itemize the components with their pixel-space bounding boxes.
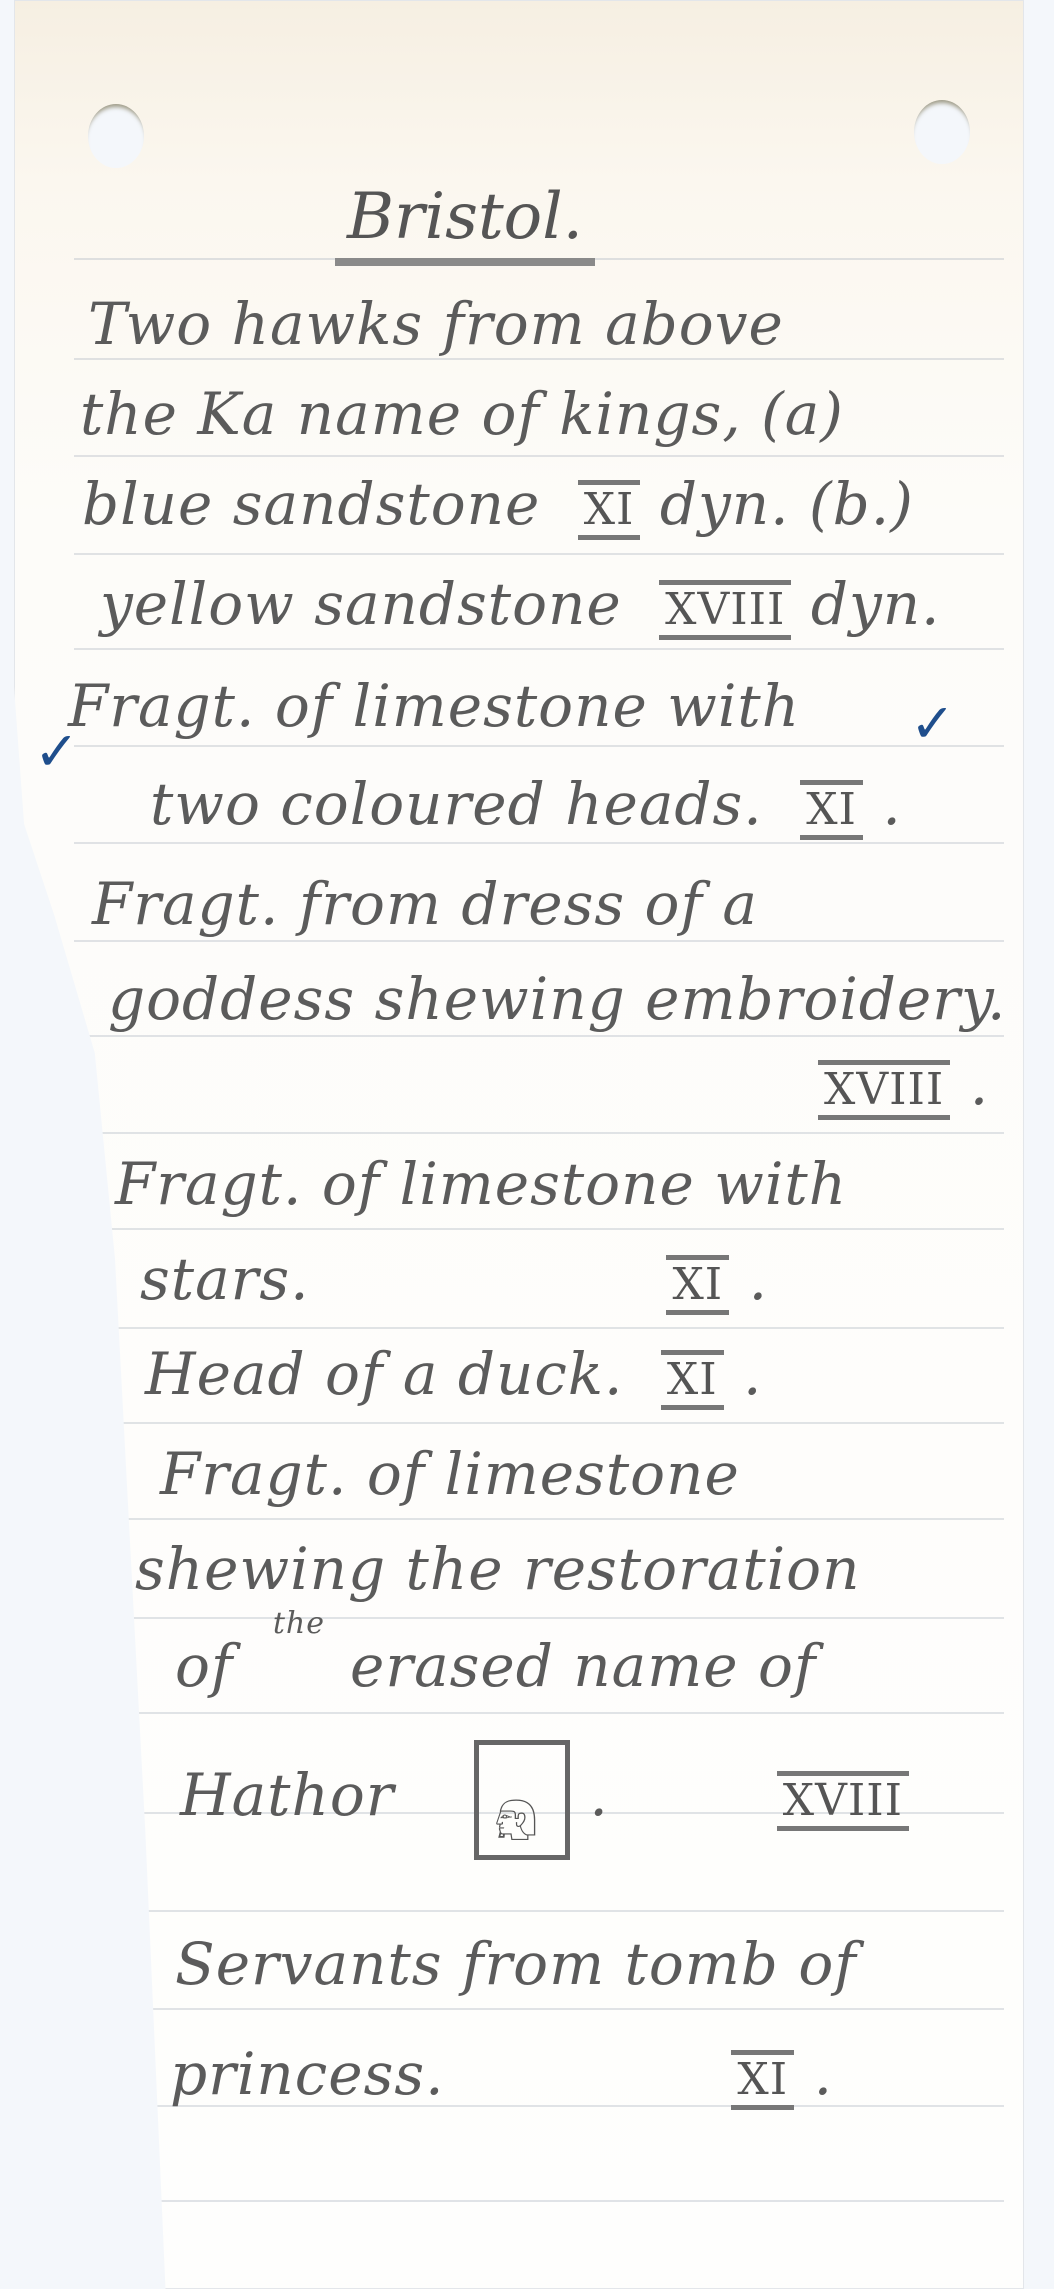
line-text: Hathor xyxy=(180,1761,394,1829)
text-line: the Ka name of kings, (a) xyxy=(80,380,844,448)
line-text: erased name of xyxy=(350,1632,816,1700)
text-line: two coloured heads. XI . xyxy=(150,770,902,840)
ruled-line xyxy=(74,1617,1004,1619)
line-suffix: . xyxy=(743,1340,762,1408)
ruled-line xyxy=(74,455,1004,457)
text-line: yellow sandstone XVIII dyn. xyxy=(100,570,941,640)
inserted-word: the xyxy=(253,1632,331,1700)
punch-hole-right xyxy=(914,100,970,164)
line-text: Fragt. of limestone xyxy=(160,1440,740,1508)
line-text: Two hawks from above xyxy=(88,290,784,358)
ruled-line xyxy=(74,2008,1004,2010)
line-text: Fragt. from dress of a xyxy=(92,870,758,938)
text-line: goddess shewing embroidery. xyxy=(108,965,1006,1033)
ruled-line xyxy=(74,1422,1004,1424)
check-mark-icon: ✓ xyxy=(910,692,955,755)
text-line: Head of a duck. XI . xyxy=(145,1340,762,1410)
ruled-line xyxy=(74,1712,1004,1714)
dynasty-numeral: XVIII xyxy=(777,1771,909,1831)
dynasty-numeral: XI xyxy=(666,1255,729,1315)
line-text: shewing the restoration xyxy=(135,1535,860,1603)
dynasty-numeral: XI xyxy=(800,780,863,840)
text-line: Fragt. from dress of a xyxy=(92,870,758,938)
text-line: XVIII . xyxy=(800,1050,989,1120)
line-suffix: . xyxy=(749,1245,768,1313)
ruled-line xyxy=(74,1910,1004,1912)
ruled-line xyxy=(74,842,1004,844)
text-line: Hathor 𓁶 . XVIII xyxy=(180,1740,909,1860)
line-suffix: . xyxy=(814,2040,833,2108)
text-line: princess. XI . xyxy=(170,2040,833,2110)
dynasty-numeral: XI xyxy=(661,1350,724,1410)
page-title: Bristol. xyxy=(335,180,595,266)
line-text: stars. xyxy=(140,1245,310,1313)
line-text: Head of a duck. xyxy=(145,1340,623,1408)
dynasty-numeral: XI xyxy=(578,480,641,540)
line-text: princess. xyxy=(170,2040,445,2108)
line-text: yellow sandstone xyxy=(100,570,622,638)
text-line: Fragt. of limestone xyxy=(160,1440,740,1508)
text-line: shewing the restoration xyxy=(135,1535,860,1603)
hieroglyph-icon: 𓁶 xyxy=(493,1753,540,1862)
text-line: Servants from tomb of xyxy=(175,1930,857,1998)
ruled-line xyxy=(74,1035,1004,1037)
ruled-line xyxy=(74,940,1004,942)
ruled-line xyxy=(74,1518,1004,1520)
ruled-line xyxy=(74,1132,1004,1134)
text-line: blue sandstone XI dyn. (b.) xyxy=(82,470,914,540)
dynasty-numeral: XVIII xyxy=(659,580,791,640)
dynasty-numeral: XVIII xyxy=(818,1060,950,1120)
insertion-text: the xyxy=(273,1606,325,1641)
ruled-line xyxy=(74,745,1004,747)
line-suffix: . xyxy=(970,1050,989,1118)
ruled-line xyxy=(74,1327,1004,1329)
text-line: of the erased name of xyxy=(175,1632,816,1700)
line-text: Servants from tomb of xyxy=(175,1930,857,1998)
ruled-line xyxy=(74,358,1004,360)
line-text: two coloured heads. xyxy=(150,770,763,838)
text-line: stars. XI . xyxy=(140,1245,768,1315)
line-text: blue sandstone xyxy=(82,470,540,538)
hieroglyph-box-icon: 𓁶 xyxy=(474,1740,570,1860)
ruled-line xyxy=(74,553,1004,555)
line-text: goddess shewing embroidery. xyxy=(108,965,1006,1033)
text-line: Fragt. of limestone with xyxy=(68,672,800,740)
punch-hole-left xyxy=(88,104,144,168)
line-text: the Ka name of kings, (a) xyxy=(80,380,844,448)
ruled-line xyxy=(74,2200,1004,2202)
line-suffix: . xyxy=(882,770,901,838)
text-line: Two hawks from above xyxy=(88,290,784,358)
line-text: Fragt. of limestone with xyxy=(115,1150,847,1218)
ruled-line xyxy=(74,1228,1004,1230)
line-suffix: dyn. (b.) xyxy=(660,470,914,538)
text-line: Fragt. of limestone with xyxy=(115,1150,847,1218)
line-text: Fragt. of limestone with xyxy=(68,672,800,740)
line-text: of xyxy=(175,1632,233,1700)
dynasty-numeral: XI xyxy=(731,2050,794,2110)
ruled-line xyxy=(74,648,1004,650)
line-suffix: dyn. xyxy=(811,570,941,638)
